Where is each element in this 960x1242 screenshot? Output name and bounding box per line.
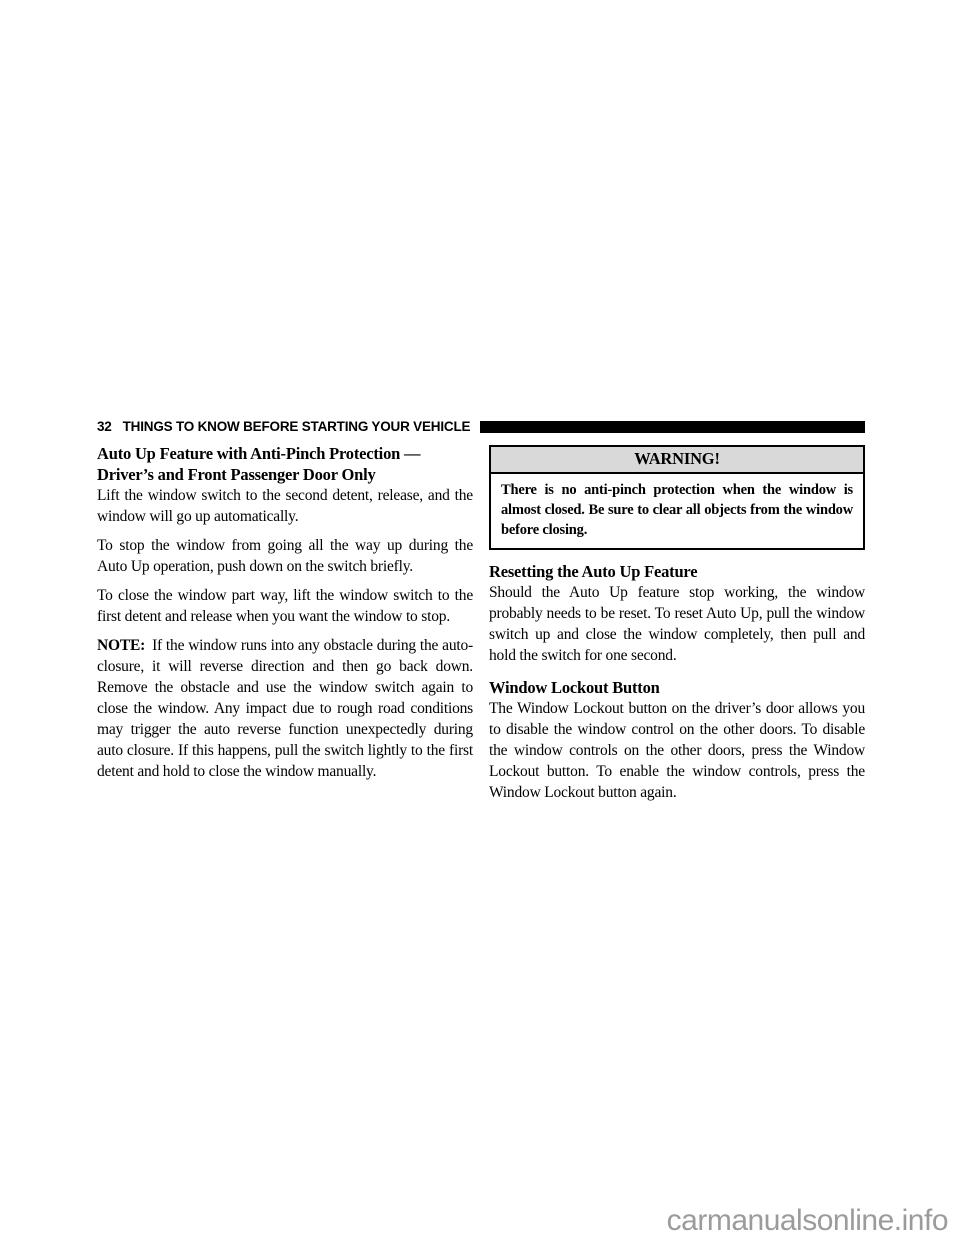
note-paragraph: NOTE:If the window runs into any obstacl… [97, 635, 473, 782]
page-number: 32 [97, 419, 112, 434]
note-text: If the window runs into any obstacle dur… [97, 637, 473, 780]
running-header: 32 THINGS TO KNOW BEFORE STARTING YOUR V… [97, 419, 865, 434]
section-heading-window-lockout: Window Lockout Button [489, 677, 865, 698]
paragraph: Lift the window switch to the second det… [97, 485, 473, 527]
warning-title: WARNING! [491, 447, 863, 474]
note-label: NOTE: [97, 637, 145, 654]
two-column-layout: Auto Up Feature with Anti-Pinch Protecti… [97, 443, 865, 811]
paragraph: The Window Lockout button on the driver’… [489, 698, 865, 803]
watermark: carmanualsonline.info [667, 1205, 948, 1237]
paragraph: Should the Auto Up feature stop working,… [489, 582, 865, 666]
warning-box: WARNING! There is no anti-pinch protecti… [489, 445, 865, 550]
header-rule-bar [480, 421, 865, 433]
running-header-title: THINGS TO KNOW BEFORE STARTING YOUR VEHI… [123, 419, 471, 434]
section-heading-auto-up: Auto Up Feature with Anti-Pinch Protecti… [97, 443, 473, 485]
warning-body: There is no anti-pinch protection when t… [491, 474, 863, 548]
paragraph: To close the window part way, lift the w… [97, 585, 473, 627]
section-heading-resetting-auto-up: Resetting the Auto Up Feature [489, 561, 865, 582]
left-column: Auto Up Feature with Anti-Pinch Protecti… [97, 443, 473, 811]
right-column: WARNING! There is no anti-pinch protecti… [489, 443, 865, 811]
paragraph: To stop the window from going all the wa… [97, 535, 473, 577]
manual-page: 32 THINGS TO KNOW BEFORE STARTING YOUR V… [97, 419, 865, 811]
